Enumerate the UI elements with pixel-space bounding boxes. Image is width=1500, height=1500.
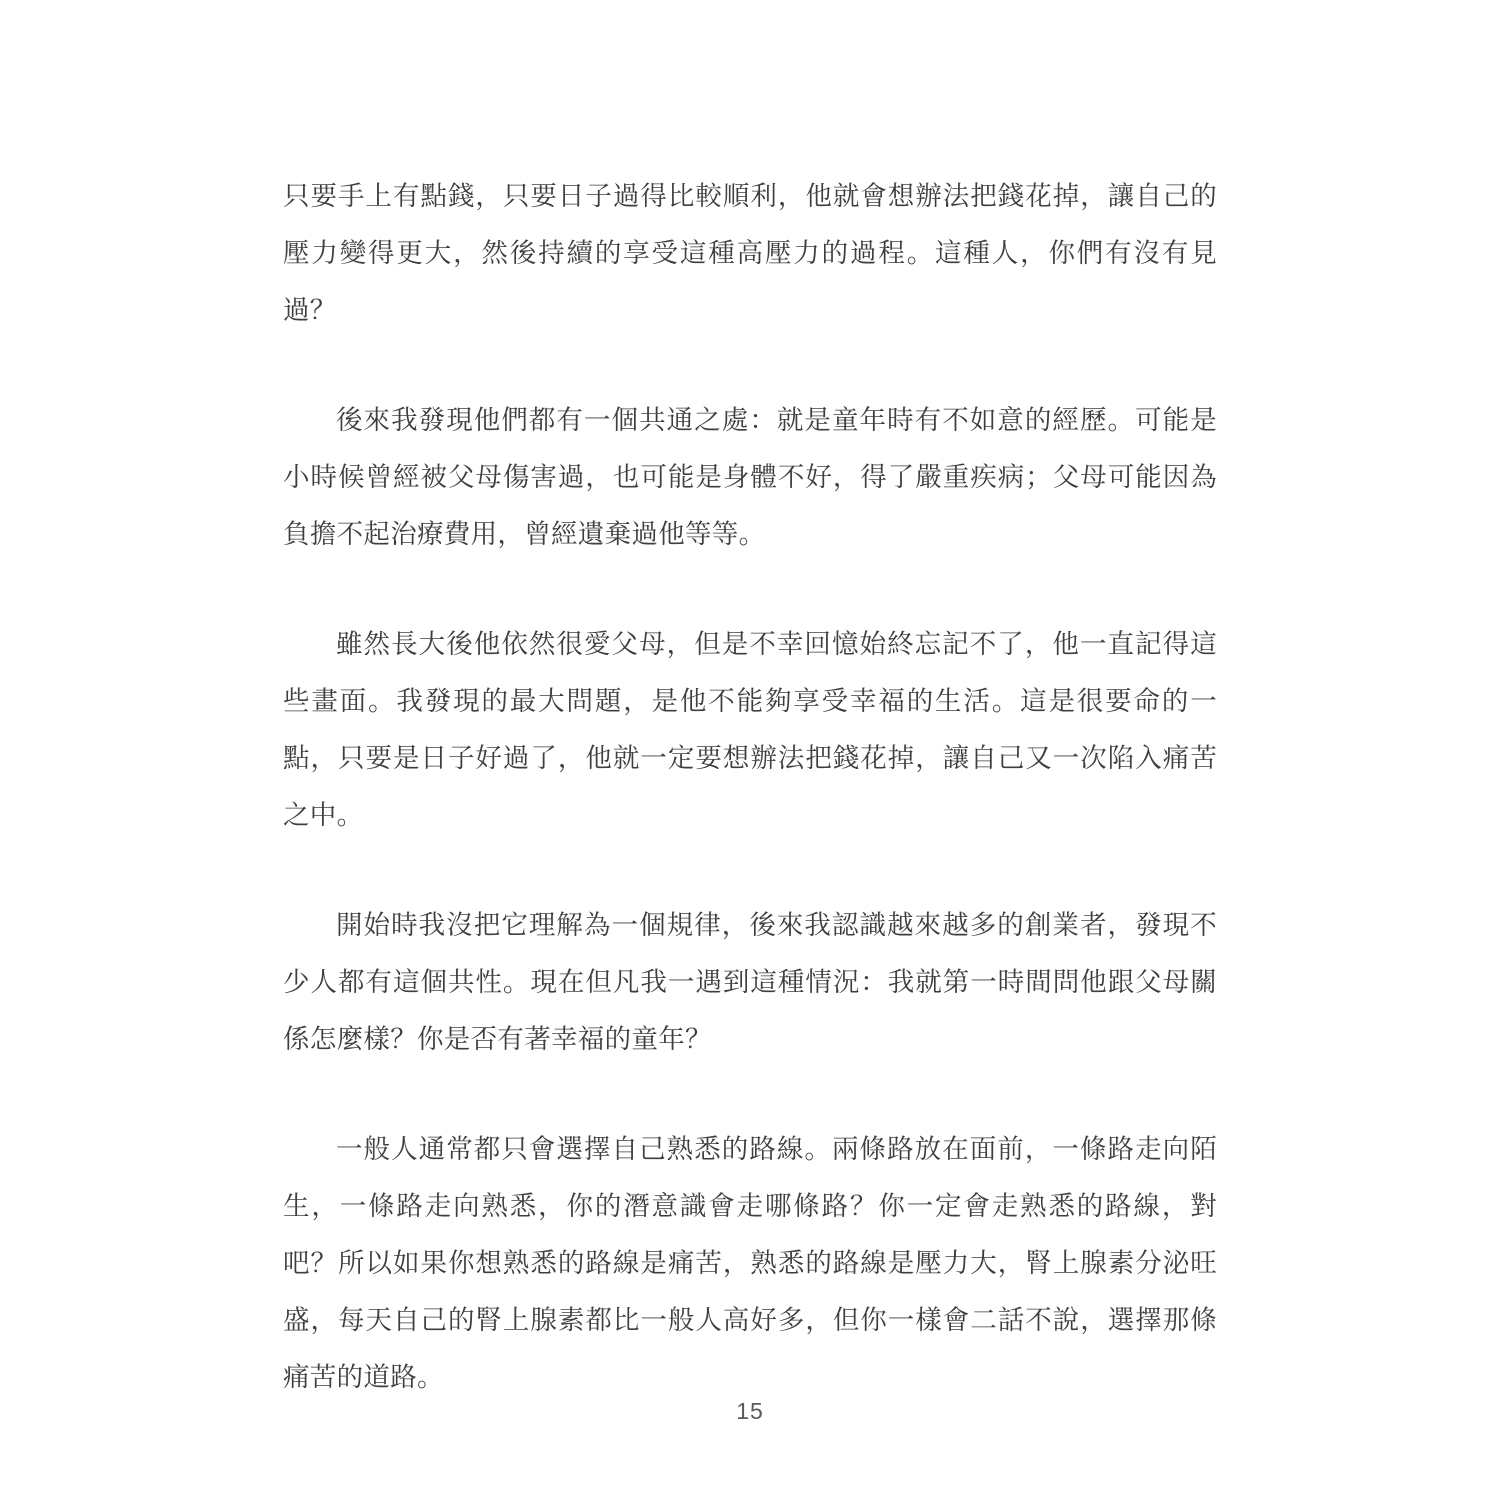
page-footer: 15 [0, 1398, 1500, 1425]
paragraph: 一般人通常都只會選擇自己熟悉的路線。兩條路放在面前，一條路走向陌生，一條路走向熟… [283, 1121, 1217, 1406]
paragraph: 雖然長大後他依然很愛父母，但是不幸回憶始終忘記不了，他一直記得這些畫面。我發現的… [283, 616, 1217, 844]
paragraph: 後來我發現他們都有一個共通之處：就是童年時有不如意的經歷。可能是小時候曾經被父母… [283, 392, 1217, 563]
text-block: 只要手上有點錢，只要日子過得比較順利，他就會想辦法把錢花掉，讓自己的壓力變得更大… [283, 168, 1217, 1459]
paragraph: 只要手上有點錢，只要日子過得比較順利，他就會想辦法把錢花掉，讓自己的壓力變得更大… [283, 168, 1217, 339]
page-number: 15 [736, 1398, 764, 1424]
book-page: 只要手上有點錢，只要日子過得比較順利，他就會想辦法把錢花掉，讓自己的壓力變得更大… [0, 0, 1500, 1500]
paragraph: 開始時我沒把它理解為一個規律，後來我認識越來越多的創業者，發現不少人都有這個共性… [283, 897, 1217, 1068]
